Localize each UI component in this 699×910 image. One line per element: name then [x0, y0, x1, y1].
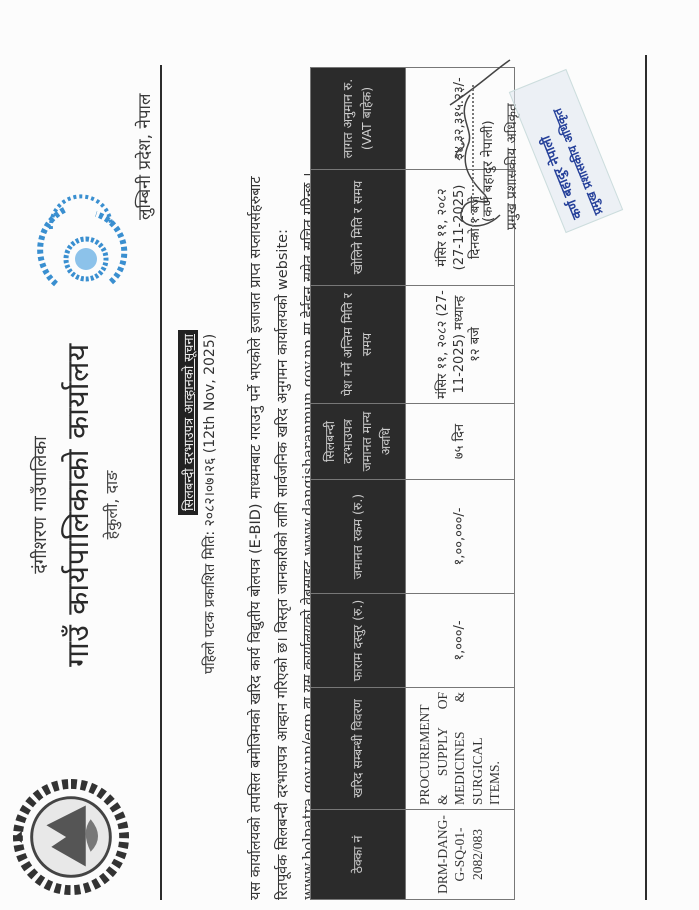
- col-description: खरिद सम्बन्धी विवरण: [311, 688, 406, 810]
- header-divider: [160, 65, 162, 900]
- office-title: गाउँ कार्यपालिकाको कार्यालय: [56, 340, 97, 670]
- municipality-stamp-icon: [26, 194, 136, 304]
- col-contract-no: ठेक्का नं: [311, 810, 406, 900]
- official-seal: कर्ण बहादुर नेपाली प्रमुख प्रशासकीय अधिक…: [509, 69, 623, 233]
- notice-title: सिलबन्दी दरभाउपत्र आव्हानको सूचना: [178, 330, 198, 515]
- province-label: लुम्बिनी प्रदेश, नेपाल: [132, 94, 155, 221]
- footer-divider: [645, 55, 647, 900]
- signatory-name: (कर्ण बहादुर नेपाली): [478, 120, 496, 222]
- col-validity: सिलबन्दी दरभाउपत्र जमानत मान्य अवधि: [311, 404, 406, 480]
- table-header-row: ठेक्का नं खरिद सम्बन्धी विवरण फाराम दस्त…: [311, 68, 406, 900]
- col-form-fee: फाराम दस्तुर (रु.): [311, 594, 406, 688]
- signature-line: [472, 85, 474, 235]
- municipality-name: दंगीशरण गाउँपालिका: [28, 340, 52, 670]
- nepal-emblem-icon: [12, 778, 130, 896]
- cell-contract-no: DRM-DANG-G-SQ-01-2082/083: [406, 810, 515, 900]
- col-submission-deadline: पेश गर्ने अन्तिम मिति र समय: [311, 286, 406, 404]
- notice-paragraph-line-1: यस कार्यालयको तपसिल बमोजिमको खरिद कार्य …: [245, 68, 265, 900]
- notice-page: दंगीशरण गाउँपालिका गाउँ कार्यपालिकाको का…: [0, 0, 699, 910]
- cell-validity: ७५ दिन: [406, 404, 515, 480]
- cell-description: PROCUREMENT & SUPPLY OF MEDICINES & SURG…: [406, 688, 515, 810]
- col-cost-estimate: लागत अनुमान रु. (VAT बाहेक): [311, 68, 406, 170]
- cell-submission-deadline: मंसिर ११, २०८२ (27-11-2025) मध्यान्ह १२ …: [406, 286, 515, 404]
- notice-paragraph-line-2: रितपूर्वक सिलबन्दी दरभाउपत्र आव्हान गरिए…: [272, 68, 292, 900]
- published-date: पहिलो पटक प्रकाशित मिति: २०८२।०७।२६ (12t…: [200, 334, 219, 674]
- col-security-amount: जमानत रकम (रु.): [311, 480, 406, 594]
- signatory-title: प्रमुख प्रशासकीय अधिकृत: [502, 103, 520, 230]
- cell-form-fee: १,०००/-: [406, 594, 515, 688]
- col-opening: खोलिने मिति र समय: [311, 170, 406, 286]
- office-location: हेकुली, दाङ: [100, 340, 122, 670]
- cell-security-amount: १,००,०००/-: [406, 480, 515, 594]
